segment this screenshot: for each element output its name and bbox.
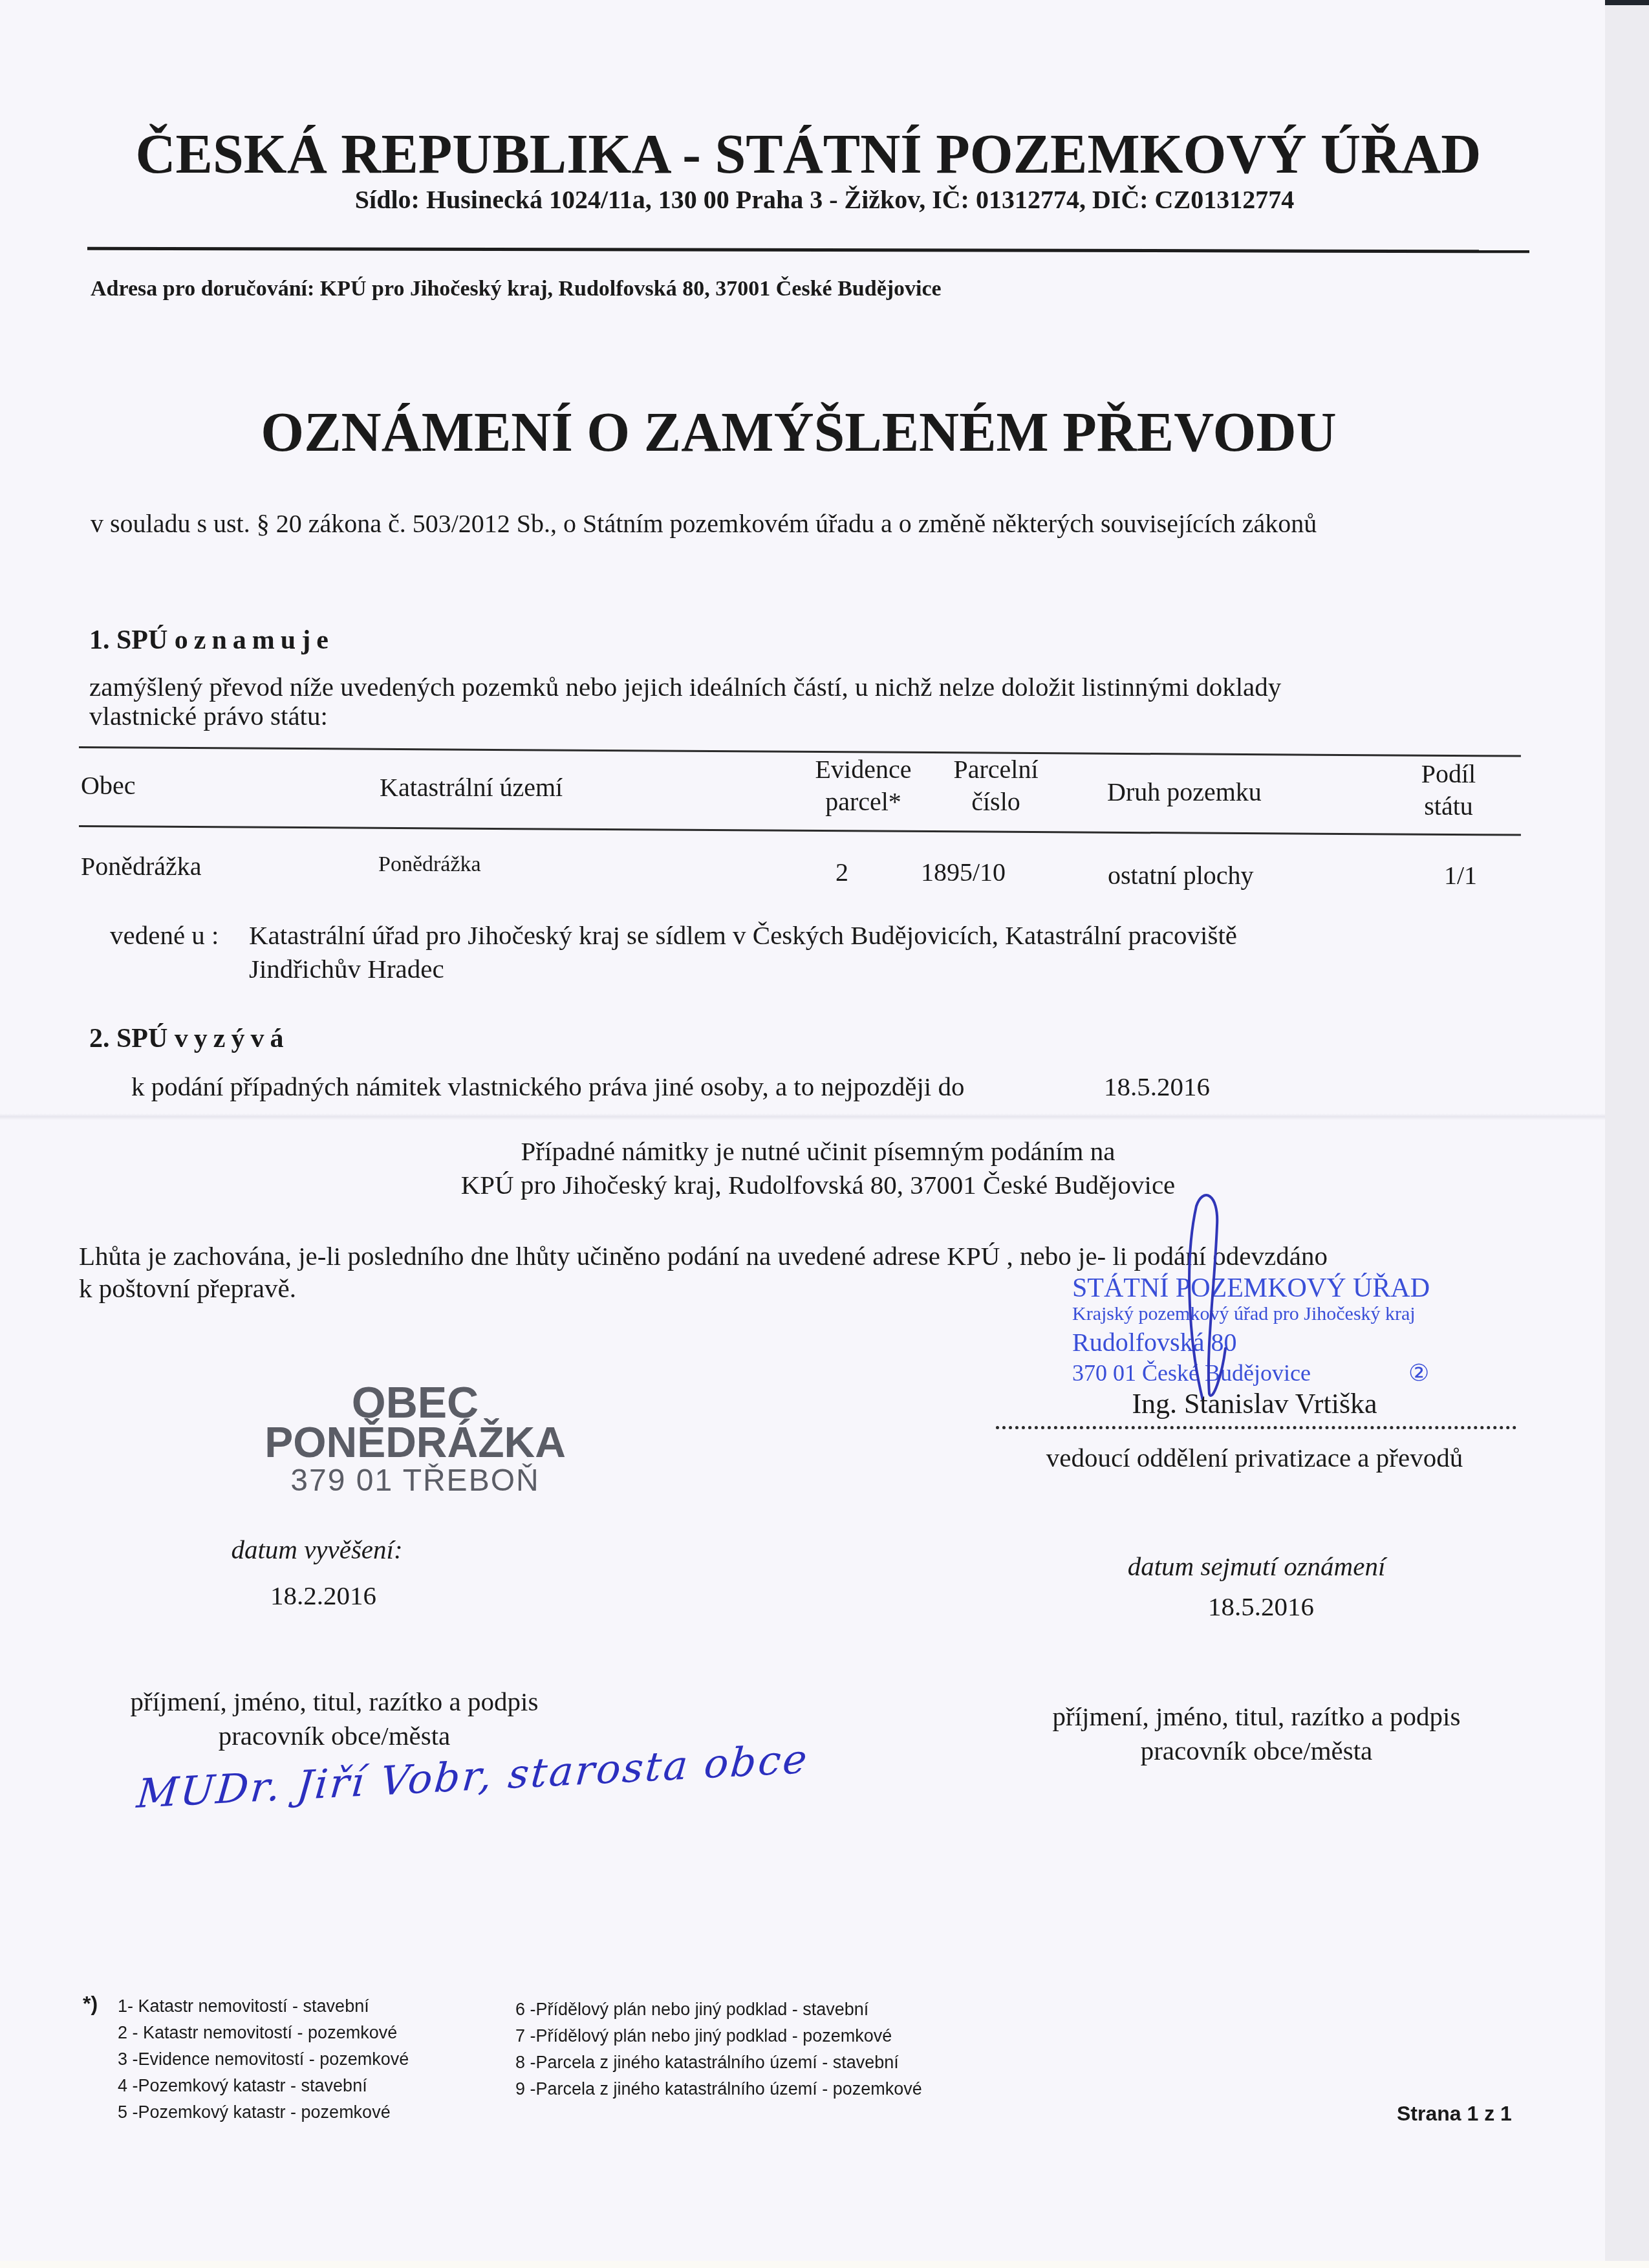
footnote-item: 2 - Katastr nemovitostí - pozemkové — [118, 2020, 409, 2046]
table-header-podil-statu: Podílstátu — [1421, 758, 1476, 823]
kept-at-line-2: Jindřichův Hradec — [249, 953, 444, 984]
table-header-text: státu — [1424, 792, 1473, 821]
page-number: Strana 1 z 1 — [1397, 2102, 1512, 2126]
footnote-item: 7 -Přídělový plán nebo jiný podklad - po… — [515, 2023, 922, 2049]
table-header-text: Obec — [81, 771, 135, 800]
signature-dotted-line — [996, 1426, 1516, 1429]
cell-obec: Ponědrážka — [81, 851, 202, 881]
section-2-verb: vyzývá — [175, 1024, 290, 1053]
cell-parcelni-cislo: 1895/10 — [921, 857, 1006, 887]
office-stamp-line-2: Krajský pozemkový úřad pro Jihočeský kra… — [1072, 1303, 1416, 1325]
section-1-heading: 1. SPÚ oznamuje — [89, 625, 334, 656]
removed-signature-label-line-1: příjmení, jméno, titul, razítko a podpis — [1053, 1701, 1461, 1732]
office-stamp-line-1: STÁTNÍ POZEMKOVÝ ÚŘAD — [1072, 1273, 1430, 1304]
footnote-item: 4 -Pozemkový katastr - stavební — [118, 2073, 409, 2099]
delivery-address: Adresa pro doručování: KPÚ pro Jihočeský… — [91, 277, 942, 301]
signatory-name: Ing. Stanislav Vrtiška — [1132, 1387, 1377, 1420]
footnotes-column-2: 6 -Přídělový plán nebo jiný podklad - st… — [515, 1996, 922, 2102]
period-line-1: Lhůta je zachována, je-li posledního dne… — [79, 1240, 1328, 1271]
section-1-verb: oznamuje — [175, 625, 334, 655]
table-header-text: Parcelní — [953, 755, 1038, 784]
municipality-stamp-line-3: 379 01 TŘEBOŇ — [290, 1463, 539, 1498]
notice-line-1: Případné námitky je nutné učinit písemný… — [521, 1136, 1115, 1167]
footnote-item: 6 -Přídělový plán nebo jiný podklad - st… — [515, 1996, 922, 2023]
footnote-marker: *) — [83, 1992, 98, 2016]
scan-edge-shadow — [1605, 0, 1649, 5]
table-header-text: Druh pozemku — [1107, 777, 1262, 806]
period-line-2: k poštovní přepravě. — [79, 1273, 296, 1304]
posted-date-label: datum vyvěšení: — [231, 1534, 402, 1565]
section-2-heading: 2. SPÚ vyzývá — [89, 1023, 290, 1054]
office-stamp-number: ② — [1408, 1359, 1429, 1387]
cell-evidence-parcel: 2 — [835, 857, 848, 887]
legal-basis: v souladu s ust. § 20 zákona č. 503/2012… — [91, 508, 1317, 539]
scan-edge — [1605, 0, 1649, 2268]
posted-signature-label-line-2: pracovník obce/města — [219, 1720, 451, 1751]
signature-stroke-icon — [1158, 1187, 1242, 1407]
footnote-item: 5 -Pozemkový katastr - pozemkové — [118, 2099, 409, 2126]
table-header-text: Podíl — [1421, 759, 1476, 788]
cell-druh-pozemku: ostatní plochy — [1108, 860, 1254, 891]
kept-at-line-1: Katastrální úřad pro Jihočeský kraj se s… — [249, 920, 1237, 951]
table-header-parcelni-cislo: Parcelníčíslo — [953, 753, 1038, 818]
footnotes-column-1: 1- Katastr nemovitostí - stavební 2 - Ka… — [118, 1993, 409, 2126]
footnote-item: 9 -Parcela z jiného katastrálního území … — [515, 2076, 922, 2102]
removed-date-label: datum sejmutí oznámení — [1128, 1551, 1386, 1582]
section-1-intro-line-2: vlastnické právo státu: — [89, 700, 328, 731]
footnote-item: 1- Katastr nemovitostí - stavební — [118, 1993, 409, 2020]
table-header-druh-pozemku: Druh pozemku — [1107, 776, 1262, 808]
posted-signature-label-line-1: příjmení, jméno, titul, razítko a podpis — [131, 1686, 539, 1717]
table-header-evidence-parcel: Evidenceparcel* — [815, 753, 912, 818]
table-header-text: Katastrální území — [380, 773, 563, 802]
paper-fold — [0, 1114, 1605, 1120]
posted-date: 18.2.2016 — [270, 1580, 376, 1611]
section-2-number: 2. SPÚ — [89, 1024, 167, 1053]
cell-katastralni-uzemi: Ponědrážka — [378, 852, 481, 877]
footnote-item: 3 -Evidence nemovitostí - pozemkové — [118, 2046, 409, 2073]
removed-date: 18.5.2016 — [1208, 1591, 1314, 1622]
removed-signature-label-line-2: pracovník obce/města — [1141, 1735, 1373, 1766]
table-header-text: Evidence — [815, 755, 912, 784]
objection-text: k podání případných námitek vlastnického… — [131, 1071, 965, 1102]
section-1-intro-line-1: zamýšlený převod níže uvedených pozemků … — [89, 671, 1281, 702]
table-header-katastralni-uzemi: Katastrální území — [380, 772, 563, 804]
authority-title: ČESKÁ REPUBLIKA - STÁTNÍ POZEMKOVÝ ÚŘAD — [136, 122, 1482, 186]
signatory-role: vedoucí oddělení privatizace a převodů — [1046, 1442, 1463, 1473]
municipality-stamp-line-2: PONĚDRÁŽKA — [264, 1418, 566, 1467]
section-1-number: 1. SPÚ — [89, 625, 167, 655]
table-header-text: parcel* — [825, 787, 901, 816]
table-header-obec: Obec — [81, 770, 135, 802]
scan-bottom-edge — [0, 2261, 1649, 2268]
document-title: OZNÁMENÍ O ZAMÝŠLENÉM PŘEVODU — [261, 400, 1336, 464]
cell-podil-statu: 1/1 — [1444, 860, 1477, 891]
footnote-item: 8 -Parcela z jiného katastrálního území … — [515, 2049, 922, 2076]
notice-line-2: KPÚ pro Jihočeský kraj, Rudolfovská 80, … — [461, 1169, 1176, 1200]
document-page — [0, 0, 1605, 2261]
authority-seat: Sídlo: Husinecká 1024/11a, 130 00 Praha … — [355, 184, 1294, 215]
objection-deadline: 18.5.2016 — [1104, 1071, 1210, 1102]
table-header-text: číslo — [971, 787, 1020, 816]
kept-at-label: vedené u : — [110, 920, 219, 951]
